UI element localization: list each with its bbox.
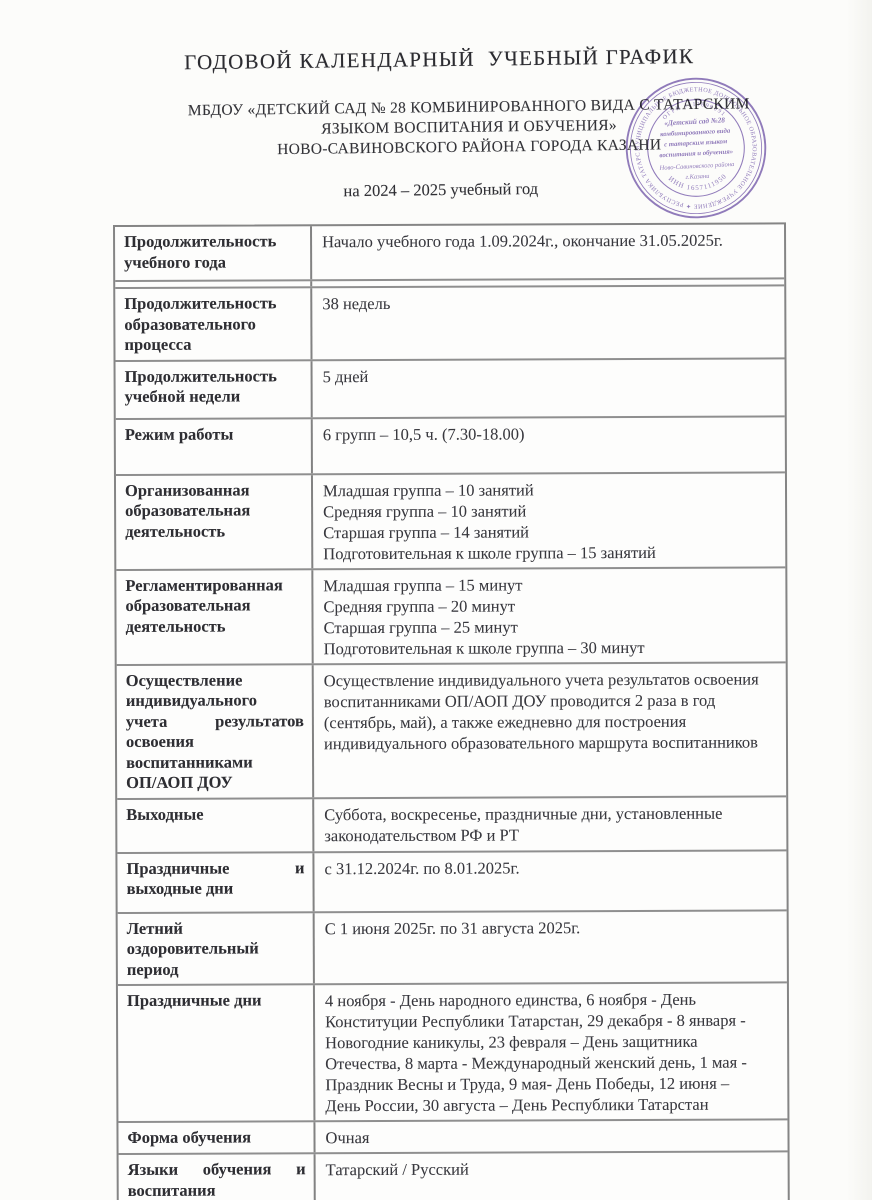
label-line: Праздничныеи	[126, 858, 304, 879]
row-value-cell: 6 групп – 10,5 ч. (7.30-18.00)	[313, 417, 785, 473]
label-line: оздоровительный	[127, 938, 305, 959]
label-line: воспитанниками	[126, 752, 304, 773]
row-value-cell: Осуществление индивидуального учета резу…	[314, 663, 787, 797]
row-value-cell: Младшая группа – 15 минутСредняя группа …	[313, 568, 785, 663]
svg-text:Ново-Савиновского района: Ново-Савиновского района	[658, 161, 734, 172]
table-row: Продолжительностьобразовательногопроцесс…	[115, 286, 784, 361]
label-line: Организованная	[125, 480, 303, 501]
label-line: выходные дни	[127, 878, 305, 899]
table-row: Праздничные дни4 ноября - День народного…	[118, 983, 788, 1123]
value-line: Старшая группа – 25 минут	[324, 615, 774, 638]
svg-text:комбинированного вида: комбинированного вида	[660, 128, 731, 139]
row-label-cell: Продолжительностьобразовательногопроцесс…	[115, 288, 312, 359]
label-line: Языкиобученияи	[128, 1159, 306, 1180]
row-label-cell: Продолжительностьучебной недели	[116, 361, 313, 418]
label-line: Форма обучения	[127, 1127, 305, 1148]
label-line: Режим работы	[125, 424, 303, 445]
label-line: образовательная	[125, 500, 303, 521]
stamp-outer-ring	[623, 75, 769, 221]
value-line: Младшая группа – 15 минут	[323, 573, 773, 596]
value-line: 38 недель	[322, 291, 772, 314]
value-line: С 1 июня 2025г. по 31 августа 2025г.	[325, 916, 775, 939]
svg-text:с татарским языком: с татарским языком	[664, 138, 728, 148]
stamp-center-text: «Детский сад №28 комбинированного вида с…	[656, 115, 735, 182]
label-line: учебного года	[124, 252, 302, 273]
table-row: ЯзыкиобученияивоспитанияТатарский / Русс…	[119, 1152, 788, 1200]
row-value-cell: с 31.12.2024г. по 8.01.2025г.	[314, 851, 786, 911]
row-value-cell: С 1 июня 2025г. по 31 августа 2025г.	[315, 911, 787, 983]
table-row: Форма обученияОчная	[118, 1120, 787, 1155]
label-line: Праздничные дни	[127, 990, 305, 1011]
label-word: результатов	[215, 711, 304, 732]
label-line: Выходные	[126, 804, 304, 825]
value-line: День России, 30 августа – День Республик…	[325, 1093, 775, 1116]
row-label-cell: Осуществлениеиндивидуальногоучетарезульт…	[117, 665, 315, 798]
label-line: деятельность	[125, 521, 303, 542]
row-label-cell: Продолжительностьучебного года	[115, 226, 312, 280]
row-label-cell: Выходные	[117, 799, 314, 852]
table-row: Продолжительностьучебной недели5 дней	[116, 359, 785, 420]
label-line: Регламентированная	[125, 575, 303, 596]
table-row: ВыходныеСуббота, воскресенье, праздничны…	[117, 797, 786, 854]
value-line: Отечества, 8 марта - Международный женск…	[325, 1051, 775, 1074]
row-spacer-left	[115, 281, 312, 287]
value-line: Суббота, воскресенье, праздничные дни, у…	[324, 802, 774, 825]
table-row: Режим работы6 групп – 10,5 ч. (7.30-18.0…	[116, 417, 785, 476]
table-row: Организованнаяобразовательнаядеятельност…	[116, 473, 785, 571]
label-line: воспитания	[128, 1180, 306, 1200]
row-value-cell: 5 дней	[313, 359, 785, 417]
row-value-cell: Суббота, воскресенье, праздничные дни, у…	[314, 797, 786, 851]
label-line: Осуществление	[126, 670, 304, 691]
row-value-cell: Татарский / Русский	[316, 1152, 788, 1200]
label-line: деятельность	[126, 616, 304, 637]
label-line: учебной недели	[125, 386, 303, 407]
value-line: Новогодние каникулы, 23 февраля – День з…	[325, 1030, 775, 1053]
value-line: 6 групп – 10,5 ч. (7.30-18.00)	[323, 422, 773, 445]
svg-text:г.Казани: г.Казани	[685, 173, 710, 181]
label-line: индивидуального	[126, 690, 304, 711]
row-label-cell: Летнийоздоровительныйпериод	[118, 913, 315, 984]
value-line: Средняя группа – 10 занятий	[323, 499, 773, 522]
label-word: обучения	[203, 1159, 272, 1180]
value-line: Очная	[325, 1125, 775, 1148]
row-label-cell: Языкиобученияивоспитания	[119, 1154, 316, 1200]
label-line: образовательного	[124, 314, 302, 335]
value-line: с 31.12.2024г. по 8.01.2025г.	[324, 856, 774, 879]
row-value-cell: 4 ноября - День народного единства, 6 но…	[315, 983, 788, 1120]
value-line: Начало учебного года 1.09.2024г., оконча…	[322, 229, 772, 252]
row-label-cell: Режим работы	[116, 419, 313, 474]
row-label-cell: Форма обучения	[118, 1122, 315, 1153]
label-line: учетарезультатов	[126, 711, 304, 732]
label-line: Продолжительность	[125, 366, 303, 387]
label-line: Продолжительность	[124, 231, 302, 252]
value-line: законодательством РФ и РТ	[324, 823, 774, 846]
value-line: 5 дней	[323, 364, 773, 387]
row-value-cell: 38 недель	[312, 286, 784, 358]
value-line: Средняя группа – 20 минут	[323, 594, 773, 617]
table-row: Продолжительностьучебного годаНачало уче…	[115, 224, 784, 282]
value-line: Праздник Весны и Труда, 9 мая- День Побе…	[325, 1072, 775, 1095]
svg-text:воспитания и обучения»: воспитания и обучения»	[659, 148, 733, 159]
table-row: Регламентированнаяобразовательнаядеятель…	[116, 568, 785, 666]
table-row: Праздничныеивыходные днис 31.12.2024г. п…	[117, 851, 786, 914]
document-page: ГОДОВОЙ КАЛЕНДАРНЫЙ УЧЕБНЫЙ ГРАФИК МБДОУ…	[0, 0, 872, 1200]
table-row: Осуществлениеиндивидуальногоучетарезульт…	[117, 663, 787, 800]
label-line: освоения	[126, 731, 304, 752]
svg-text:«Детский сад №28: «Детский сад №28	[664, 115, 725, 127]
value-line: Младшая группа – 10 занятий	[323, 478, 773, 501]
label-word: и	[295, 858, 305, 879]
value-line: (сентябрь, май), а также ежедневно для п…	[324, 710, 774, 733]
value-line: Татарский / Русский	[326, 1157, 776, 1180]
row-value-cell: Младшая группа – 10 занятийСредняя групп…	[313, 473, 785, 568]
label-line: процесса	[124, 334, 302, 355]
value-line: Конституции Республики Татарстан, 29 дек…	[325, 1009, 775, 1032]
value-line: Старшая группа – 14 занятий	[323, 520, 773, 543]
value-line: Подготовительная к школе группа – 15 зан…	[323, 541, 773, 564]
label-line: период	[127, 959, 305, 980]
value-line: Подготовительная к школе группа – 30 мин…	[324, 636, 774, 659]
row-label-cell: Праздничные дни	[118, 985, 316, 1121]
label-line: образовательная	[125, 595, 303, 616]
row-label-cell: Регламентированнаяобразовательнаядеятель…	[116, 570, 313, 664]
row-label-cell: Праздничныеивыходные дни	[117, 853, 314, 912]
label-line: ОП/АОП ДОУ	[126, 772, 304, 793]
value-line: воспитанниками ОП/АОП ДОУ проводится 2 р…	[324, 689, 774, 712]
schedule-table: Продолжительностьучебного годаНачало уче…	[113, 222, 790, 1200]
label-word: и	[296, 1159, 306, 1180]
row-value-cell: Начало учебного года 1.09.2024г., оконча…	[312, 224, 784, 279]
label-line: Продолжительность	[124, 293, 302, 314]
value-line: Осуществление индивидуального учета резу…	[324, 668, 774, 691]
table-row: ЛетнийоздоровительныйпериодС 1 июня 2025…	[118, 911, 787, 986]
label-word: учета	[126, 711, 168, 732]
row-label-cell: Организованнаяобразовательнаядеятельност…	[116, 475, 313, 569]
value-line: 4 ноября - День народного единства, 6 но…	[325, 988, 775, 1011]
value-line: индивидуального образовательного маршрут…	[324, 731, 774, 754]
row-value-cell: Очная	[315, 1120, 787, 1152]
label-line: Летний	[127, 918, 305, 939]
label-word: Праздничные	[126, 858, 229, 879]
label-word: Языки	[128, 1160, 179, 1181]
